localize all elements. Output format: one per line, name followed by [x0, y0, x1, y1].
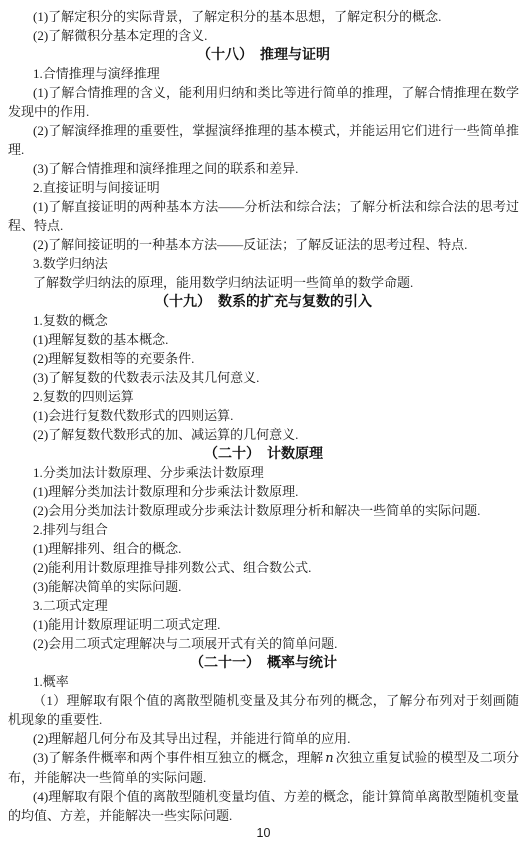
paragraph: 2.排列与组合 — [8, 520, 519, 539]
paragraph: 1.合情推理与演绎推理 — [8, 64, 519, 83]
text-run: (3)了解条件概率和两个事件相互独立的概念，理解 — [33, 750, 323, 765]
paragraph: (3)了解合情推理和演绎推理之间的联系和差异. — [8, 159, 519, 178]
section-heading: （二十一） 概率与统计 — [8, 653, 519, 672]
paragraph: 3.二项式定理 — [8, 596, 519, 615]
paragraph: (2)理解复数相等的充要条件. — [8, 349, 519, 368]
paragraph: 1.分类加法计数原理、分步乘法计数原理 — [8, 463, 519, 482]
paragraph: (1)了解定积分的实际背景，了解定积分的基本思想，了解定积分的概念. — [8, 7, 519, 26]
paragraph: (2)会用分类加法计数原理或分步乘法计数原理分析和解决一些简单的实际问题. — [8, 501, 519, 520]
paragraph: (2)能利用计数原理推导排列数公式、组合数公式. — [8, 558, 519, 577]
paragraph: (2)理解超几何分布及其导出过程，并能进行简单的应用. — [8, 729, 519, 748]
paragraph: 1.概率 — [8, 672, 519, 691]
paragraph: (4)理解取有限个值的离散型随机变量均值、方差的概念，能计算简单离散型随机变量的… — [8, 787, 519, 825]
paragraph: 1.复数的概念 — [8, 311, 519, 330]
paragraph: (3)能解决简单的实际问题. — [8, 577, 519, 596]
paragraph: (2)了解间接证明的一种基本方法——反证法；了解反证法的思考过程、特点. — [8, 235, 519, 254]
paragraph: (1)了解直接证明的两种基本方法——分析法和综合法；了解分析法和综合法的思考过程… — [8, 197, 519, 235]
paragraph: (1)理解分类加法计数原理和分步乘法计数原理. — [8, 482, 519, 501]
paragraph: (2)会用二项式定理解决与二项展开式有关的简单问题. — [8, 634, 519, 653]
paragraph: (1)能用计数原理证明二项式定理. — [8, 615, 519, 634]
math-variable: n — [323, 751, 335, 766]
paragraph: 了解数学归纳法的原理，能用数学归纳法证明一些简单的数学命题. — [8, 273, 519, 292]
paragraph: （1）理解取有限个值的离散型随机变量及其分布列的概念，了解分布列对于刻画随机现象… — [8, 691, 519, 729]
paragraph: (1)理解排列、组合的概念. — [8, 539, 519, 558]
paragraph: (2)了解微积分基本定理的含义. — [8, 26, 519, 45]
paragraph: (1)了解合情推理的含义，能利用归纳和类比等进行简单的推理，了解合情推理在数学发… — [8, 83, 519, 121]
paragraph: 2.复数的四则运算 — [8, 387, 519, 406]
paragraph: (2)了解演绎推理的重要性，掌握演绎推理的基本模式，并能运用它们进行一些简单推理… — [8, 121, 519, 159]
section-heading: （二十） 计数原理 — [8, 444, 519, 463]
section-heading: （十八） 推理与证明 — [8, 45, 519, 64]
paragraph: (1)理解复数的基本概念. — [8, 330, 519, 349]
section-heading: （十九） 数系的扩充与复数的引入 — [8, 292, 519, 311]
paragraph: (1)会进行复数代数形式的四则运算. — [8, 406, 519, 425]
document-body: (1)了解定积分的实际背景，了解定积分的基本思想，了解定积分的概念.(2)了解微… — [8, 7, 519, 825]
paragraph: (2)了解复数代数形式的加、减运算的几何意义. — [8, 425, 519, 444]
paragraph: (3)了解复数的代数表示法及其几何意义. — [8, 368, 519, 387]
paragraph: (3)了解条件概率和两个事件相互独立的概念，理解n次独立重复试验的模型及二项分布… — [8, 748, 519, 787]
paragraph: 2.直接证明与间接证明 — [8, 178, 519, 197]
paragraph: 3.数学归纳法 — [8, 254, 519, 273]
page-number: 10 — [0, 826, 527, 841]
document-page: (1)了解定积分的实际背景，了解定积分的基本思想，了解定积分的概念.(2)了解微… — [0, 0, 527, 849]
